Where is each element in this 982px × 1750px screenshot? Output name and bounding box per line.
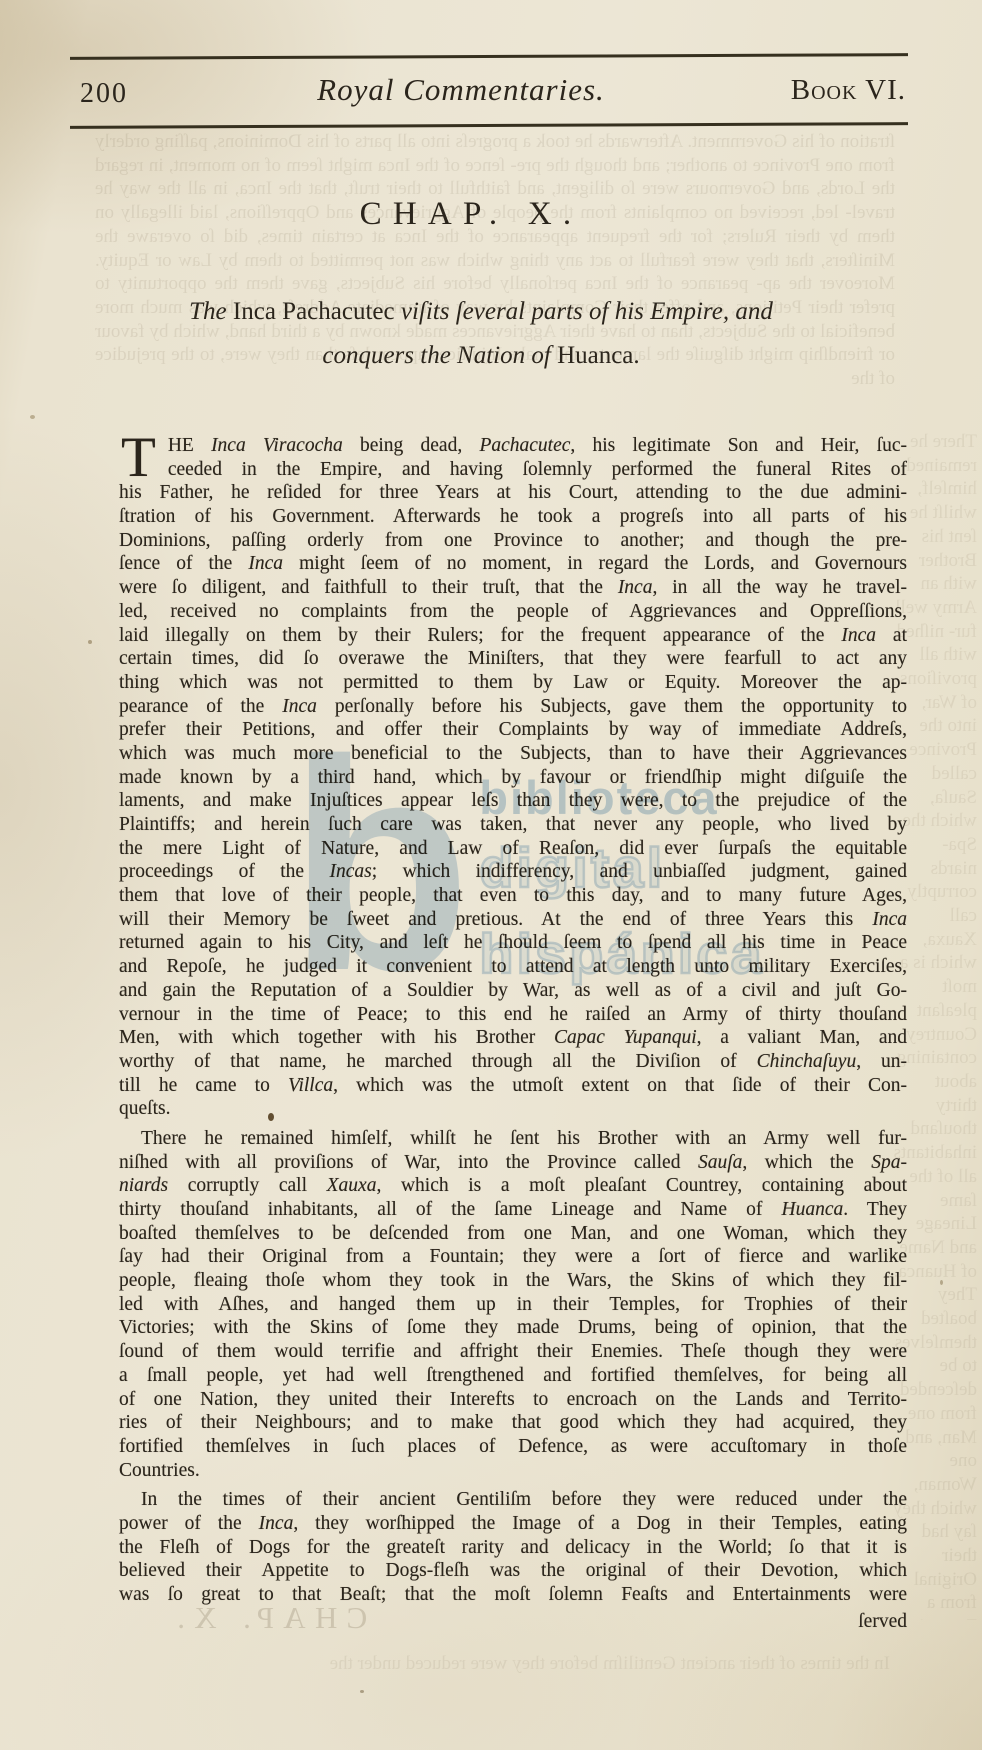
paper-speck bbox=[30, 415, 35, 419]
paper-speck bbox=[360, 1690, 364, 1693]
bleedthrough-text-top: ſtration of his Government. Afterwards h… bbox=[95, 130, 895, 425]
text-line: was ſo great to that Beaſt; that the moſ… bbox=[119, 1583, 907, 1607]
text-line: of one Nation, they united their Interef… bbox=[119, 1388, 907, 1412]
text-line: ſound of them would terrifie and affrigh… bbox=[119, 1340, 907, 1364]
text-line: ries of their Neighbours; and to make th… bbox=[119, 1411, 907, 1435]
text-line: a ſmall people, yet had well ſtrengthene… bbox=[119, 1364, 907, 1388]
text-line: fortified themſelves in ſuch places of D… bbox=[119, 1435, 907, 1459]
text-line: Victories; with the Skins of ſome they m… bbox=[119, 1316, 907, 1340]
catchword: ſerved bbox=[119, 1610, 907, 1634]
text-line: ſence of the Inca might ſeem of no momen… bbox=[119, 552, 907, 576]
text-line: and Repoſe, he judged it convenient to a… bbox=[119, 955, 907, 979]
text-line: ſay had their Original from a Fountain; … bbox=[119, 1245, 907, 1269]
text-line: his Father, he reſided for three Years a… bbox=[119, 481, 907, 505]
text-line: and gain the Reputation of a Souldier by… bbox=[119, 979, 907, 1003]
text-line: people, fleaing thoſe whom they took in … bbox=[119, 1269, 907, 1293]
text-line: niards corruptly call Xauxa, which is a … bbox=[119, 1174, 907, 1198]
running-title: Royal Commentaries. bbox=[0, 72, 922, 108]
text-line: proceedings of the Incas; which indiffer… bbox=[119, 860, 907, 884]
text-line: returned again to his City, and leſt he … bbox=[119, 931, 907, 955]
paper-speck bbox=[88, 640, 92, 644]
text-line: will their Memory be ſweet and pretious.… bbox=[119, 908, 907, 932]
text-line: power of the Inca, they worſhipped the I… bbox=[119, 1512, 907, 1536]
paragraph: THE Inca Viracocha being dead, Pachacute… bbox=[119, 434, 907, 1121]
text-line: prefer their Petitions, and offer their … bbox=[119, 718, 907, 742]
text-line: Countries. bbox=[119, 1459, 907, 1483]
text-line: led with Aſhes, and hanged them up in th… bbox=[119, 1293, 907, 1317]
text-line: worthy of that name, he marched through … bbox=[119, 1050, 907, 1074]
text-line: thirty thouſand inhabitants, all of the … bbox=[119, 1198, 907, 1222]
chapter-title-line: The Inca Pachacutec viſits ſeveral parts… bbox=[40, 290, 922, 334]
chapter-title-line: conquers the Nation of Huanca. bbox=[40, 334, 922, 378]
text-line: which was much more beneficial to the Su… bbox=[119, 742, 907, 766]
text-line: were ſo diligent, and faithfull to their… bbox=[119, 576, 907, 600]
chapter-title: The Inca Pachacutec viſits ſeveral parts… bbox=[40, 290, 922, 378]
text-line: ceeded in the Empire, and having ſolemnl… bbox=[119, 458, 907, 482]
text-line: made known by a third hand, which by fav… bbox=[119, 766, 907, 790]
body-text: THE Inca Viracocha being dead, Pachacute… bbox=[119, 434, 907, 1633]
text-line: thing which was not permitted to them by… bbox=[119, 671, 907, 695]
text-line: queſts. bbox=[119, 1097, 907, 1121]
header-rule-top bbox=[70, 53, 908, 60]
text-line: Dominions, paſſing orderly from one Prov… bbox=[119, 529, 907, 553]
text-line: Men, with which together with his Brothe… bbox=[119, 1026, 907, 1050]
text-line: laid illegally on them by their Rulers; … bbox=[119, 624, 907, 648]
book-label: Book VI. bbox=[791, 74, 906, 107]
text-line: the Fleſh of Dogs for the greateſt rarit… bbox=[119, 1536, 907, 1560]
chapter-heading: CHAP. X. bbox=[0, 196, 942, 233]
text-line: In the times of their ancient Gentiliſm … bbox=[119, 1488, 907, 1512]
text-line: niſhed with all proviſions of War, into … bbox=[119, 1151, 907, 1175]
text-line: led, received no complaints from the peo… bbox=[119, 600, 907, 624]
text-line: pearance of the Inca perſonally before h… bbox=[119, 695, 907, 719]
bleedthrough-text-bottom: In the times of their ancient Gentiliſm … bbox=[150, 1652, 890, 1678]
text-line: till he came to Villca, which was the ut… bbox=[119, 1074, 907, 1098]
text-line: certain times, did ſo overawe the Miniſt… bbox=[119, 647, 907, 671]
text-line: boaſted themſelves to be deſcended from … bbox=[119, 1222, 907, 1246]
text-line: the mere Light of Nature, and Law of Rea… bbox=[119, 837, 907, 861]
header-rule-bottom bbox=[70, 122, 908, 129]
paragraph: There he remained himſelf, whilſt he ſen… bbox=[119, 1127, 907, 1482]
paper-speck bbox=[940, 1280, 943, 1285]
text-line: ſtration of his Government. Afterwards h… bbox=[119, 505, 907, 529]
text-line: believed their Appetite to Dogs-fleſh wa… bbox=[119, 1559, 907, 1583]
book-page-scan: ſtration of his Government. Afterwards h… bbox=[0, 0, 982, 1750]
text-line: HE Inca Viracocha being dead, Pachacutec… bbox=[119, 434, 907, 458]
text-line: laments, and make Injuſtices appear leſs… bbox=[119, 789, 907, 813]
text-line: vernour in the time of Peace; to this en… bbox=[119, 1003, 907, 1027]
text-line: Plaintiffs; and herein ſuch care was tak… bbox=[119, 813, 907, 837]
drop-cap: T bbox=[119, 434, 168, 480]
paragraph: In the times of their ancient Gentiliſm … bbox=[119, 1488, 907, 1606]
text-line: them that love of their people, that eve… bbox=[119, 884, 907, 908]
text-line: There he remained himſelf, whilſt he ſen… bbox=[119, 1127, 907, 1151]
